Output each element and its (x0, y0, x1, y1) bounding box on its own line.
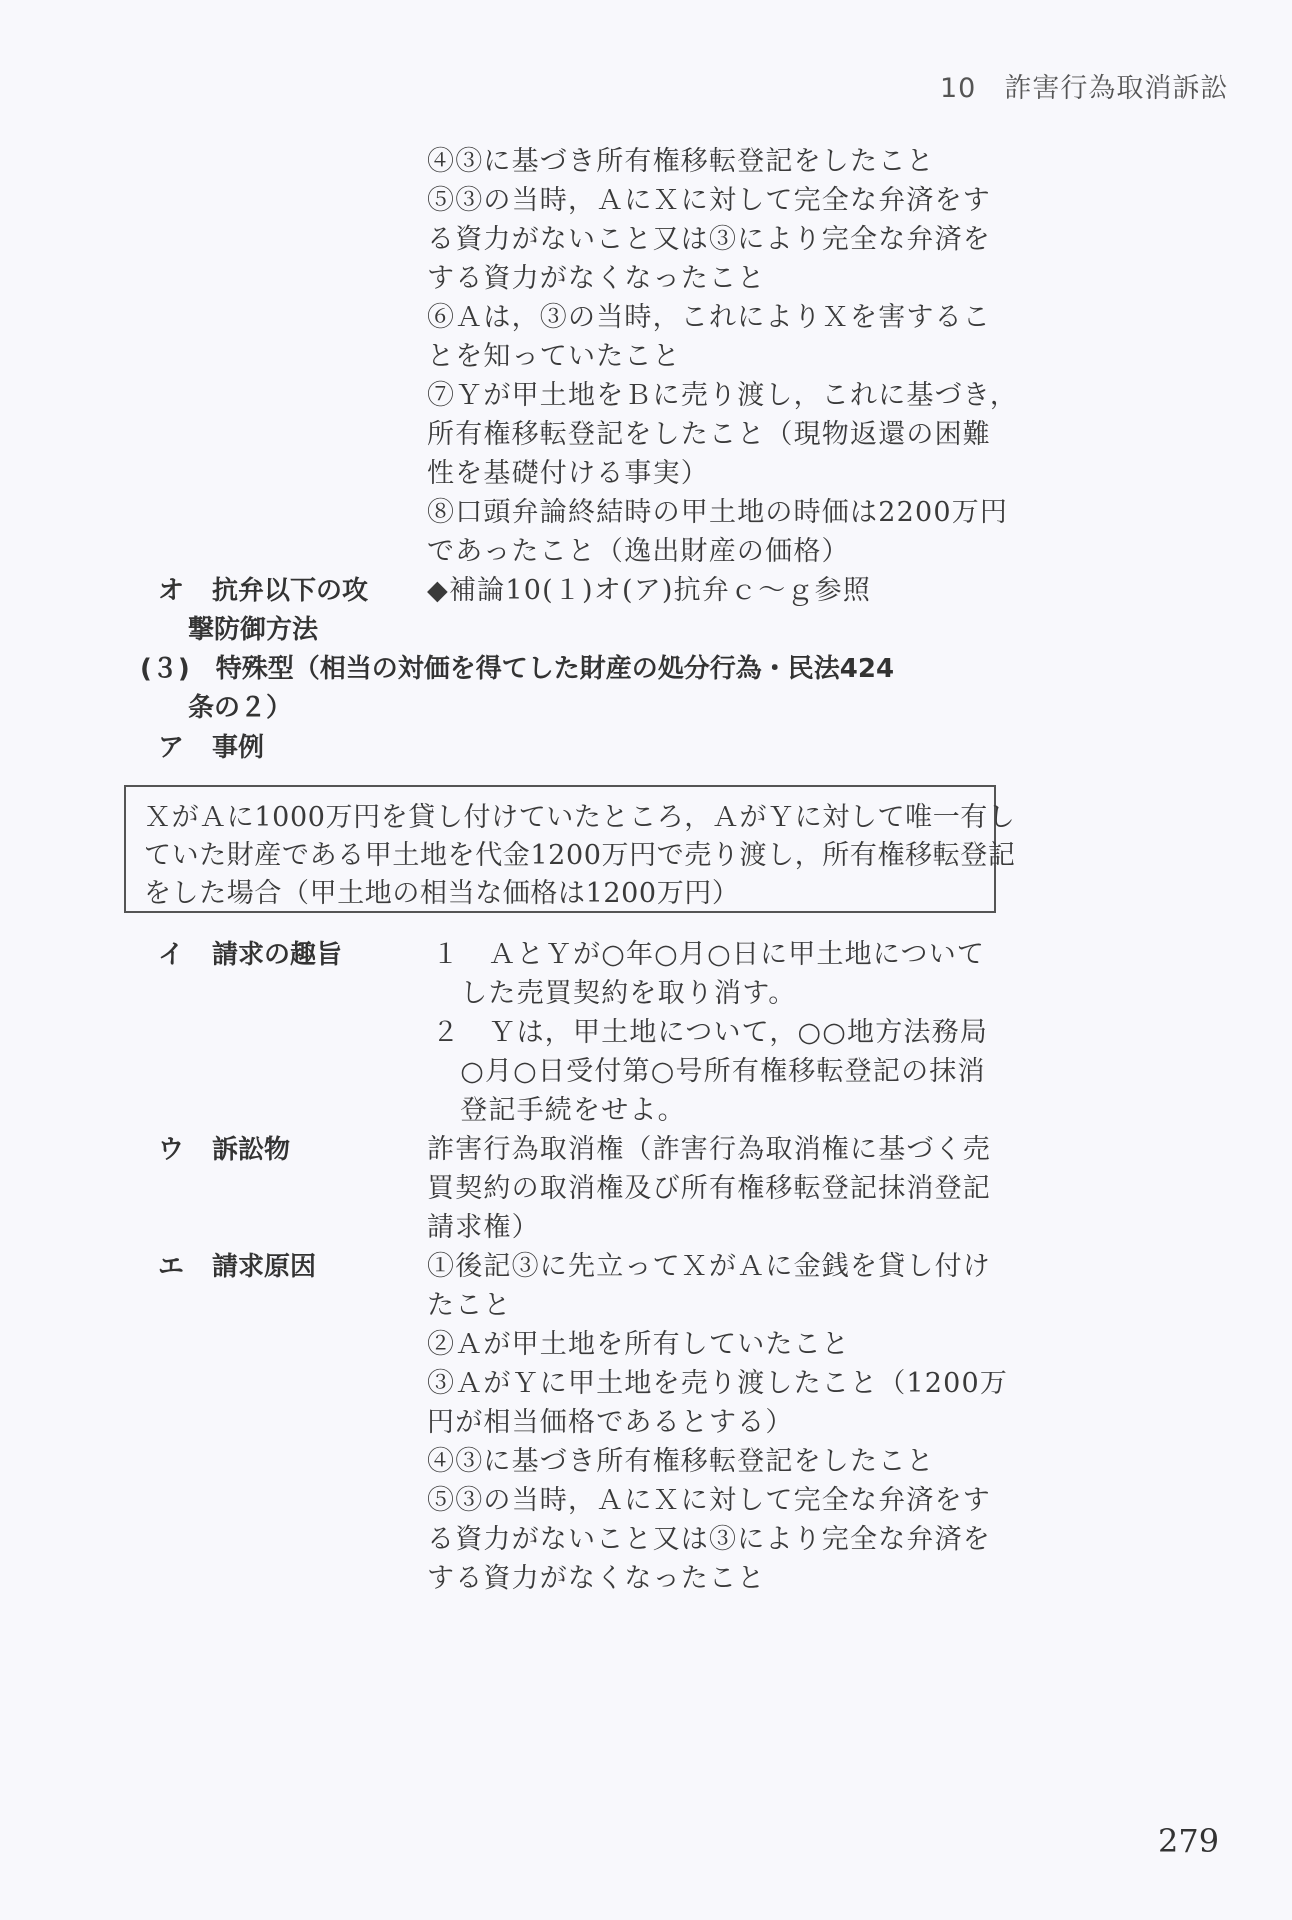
case-example-box: ＸがＡに1000万円を貸し付けていたところ，ＡがＹに対して唯一有し ていた財産で… (124, 785, 996, 913)
text-line: ２ Ｙは，甲土地について，○○地方法務局 (432, 1014, 988, 1052)
text-line: ⑤③の当時，ＡにＸに対して完全な弁済をす (427, 182, 991, 220)
text-line: ○月○日受付第○号所有権移転登記の抹消 (432, 1053, 986, 1091)
text-line: １ ＡとＹが○年○月○日に甲土地について (432, 936, 985, 974)
text-line: ⑧口頭弁論終結時の甲土地の時価は2200万円 (427, 494, 1008, 532)
text-line: した売買契約を取り消す。 (432, 975, 796, 1013)
text-line: 登記手続をせよ。 (432, 1092, 686, 1130)
chapter-title: 詐害行為取消訴訟 (1004, 73, 1228, 104)
text-line: する資力がなくなったこと (427, 260, 765, 298)
running-header: 10詐害行為取消訴訟 (940, 66, 1228, 105)
text-line: 詐害行為取消権（詐害行為取消権に基づく売 (427, 1131, 991, 1169)
text-line: ⑤③の当時，ＡにＸに対して完全な弁済をす (427, 1482, 991, 1520)
text-line: 所有権移転登記をしたこと（現物返還の困難 (427, 416, 991, 454)
box-line: をした場合（甲土地の相当な価格は1200万円） (144, 875, 740, 913)
text-line: 円が相当価格であるとする） (427, 1404, 794, 1442)
section-label: 抗弁以下の攻 (212, 572, 368, 610)
section-marker: ウ (158, 1131, 184, 1169)
section-marker: エ (158, 1248, 184, 1286)
section-marker: イ (158, 936, 184, 974)
text-line: であったこと（逸出財産の価格） (427, 533, 850, 571)
section-label: 事例 (212, 729, 264, 767)
heading-line: 条の２） (188, 689, 292, 727)
text-line: 買契約の取消権及び所有権移転登記抹消登記 (427, 1170, 991, 1208)
text-line: る資力がないこと又は③により完全な弁済を (427, 221, 991, 259)
section-label-cont: 撃防御方法 (188, 611, 318, 649)
text-line: 性を基礎付ける事実） (427, 455, 709, 493)
chapter-number: 10 (940, 73, 976, 104)
box-line: ていた財産である甲土地を代金1200万円で売り渡し，所有権移転登記 (144, 837, 1016, 875)
text-line: 請求権） (427, 1209, 540, 1247)
box-line: ＸがＡに1000万円を貸し付けていたところ，ＡがＹに対して唯一有し (144, 799, 1016, 837)
text-line: ⑥Ａは，③の当時，これによりＸを害するこ (427, 299, 991, 337)
text-line: たこと (427, 1287, 512, 1325)
text-line: ②Ａが甲土地を所有していたこと (427, 1326, 850, 1364)
page-number: 279 (1158, 1822, 1219, 1860)
text-line: る資力がないこと又は③により完全な弁済を (427, 1521, 991, 1559)
section-marker: オ (158, 572, 184, 610)
cross-reference: ◆補論10(１)オ(ア)抗弁ｃ～ｇ参照 (427, 572, 871, 610)
section-label: 請求の趣旨 (212, 936, 342, 974)
text-line: ④③に基づき所有権移転登記をしたこと (427, 143, 935, 181)
section-label: 請求原因 (212, 1248, 316, 1286)
text-line: ③ＡがＹに甲土地を売り渡したこと（1200万 (427, 1365, 1008, 1403)
text-line: する資力がなくなったこと (427, 1560, 765, 1598)
text-line: ④③に基づき所有権移転登記をしたこと (427, 1443, 935, 1481)
heading-line: (３) 特殊型（相当の対価を得てした財産の処分行為・民法424 (140, 650, 894, 688)
section-label: 訴訟物 (212, 1131, 290, 1169)
section-marker: ア (158, 729, 184, 767)
text-line: とを知っていたこと (427, 338, 681, 376)
text-line: ①後記③に先立ってＸがＡに金銭を貸し付け (427, 1248, 991, 1286)
text-line: ⑦Ｙが甲土地をＢに売り渡し，これに基づき， (427, 377, 1018, 415)
